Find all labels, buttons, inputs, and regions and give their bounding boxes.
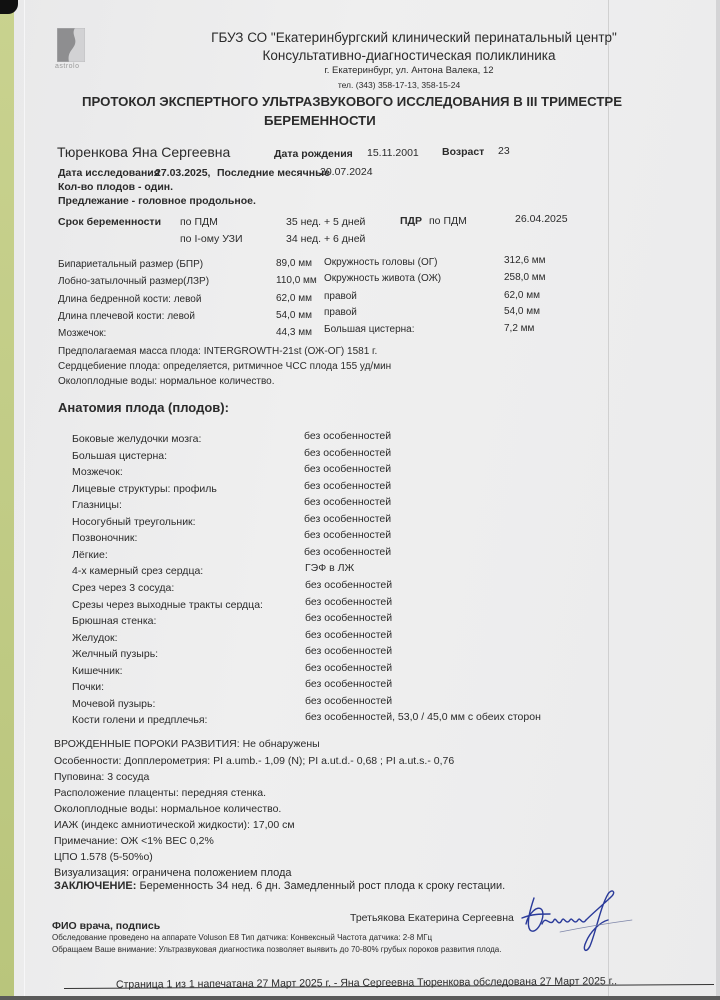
finding-line: Особенности: Допплерометрия: PI a.umb.- … xyxy=(54,755,454,767)
background-object xyxy=(0,996,720,1000)
biometry-label-2: Окружность головы (ОГ) xyxy=(324,257,437,268)
page-footer: Страница 1 из 1 напечатана 27 Март 2025 … xyxy=(116,975,617,990)
anatomy-item-value: без особенностей xyxy=(304,447,391,459)
finding-line: Расположение плаценты: передняя стенка. xyxy=(54,787,266,799)
lmp-value: 20.07.2024 xyxy=(320,166,373,178)
department-name: Консультативно-диагностическая поликлини… xyxy=(244,48,574,63)
biometry-value: 110,0 мм xyxy=(276,275,317,286)
edd-value: 26.04.2025 xyxy=(515,213,568,225)
doctor-signature xyxy=(520,884,640,964)
anatomy-item-label: Боковые желудочки мозга: xyxy=(72,433,201,445)
anatomy-item-value: без особенностей xyxy=(305,579,392,591)
anatomy-item-label: Лицевые структуры: профиль xyxy=(72,483,217,495)
gestation-lmp-value: 35 нед. + 5 дней xyxy=(286,216,365,228)
anatomy-item-value: без особенностей xyxy=(304,480,391,492)
biometry-value-2: 62,0 мм xyxy=(504,290,540,301)
anatomy-item-value: без особенностей xyxy=(304,496,391,508)
conclusion: ЗАКЛЮЧЕНИЕ: Беременность 34 нед. 6 дн. З… xyxy=(54,880,505,892)
clinic-logo-icon xyxy=(57,28,85,62)
patient-name: Тюренкова Яна Сергеевна xyxy=(57,144,230,160)
paper-fold xyxy=(608,0,609,1000)
finding-line: ЦПО 1.578 (5-50%о) xyxy=(54,851,153,863)
age-label: Возраст xyxy=(442,146,484,158)
anatomy-item-value: без особенностей xyxy=(305,596,392,608)
anatomy-item-value: без особенностей xyxy=(304,463,391,475)
anatomy-item-label: Желудок: xyxy=(72,632,118,644)
biometry-label: Мозжечок: xyxy=(58,328,106,339)
anatomy-item-value: без особенностей xyxy=(304,546,391,558)
anatomy-item-value: без особенностей xyxy=(305,662,392,674)
logo-caption: astrolo xyxy=(55,63,80,70)
anatomy-item-label: Срезы через выходные тракты сердца: xyxy=(72,599,263,611)
biometry-value: 44,3 мм xyxy=(276,327,312,338)
anatomy-item-label: Кишечник: xyxy=(72,665,123,677)
biometry-label-2: правой xyxy=(324,307,357,318)
biometry-value: 54,0 мм xyxy=(276,310,312,321)
biometry-label: Лобно-затылочный размер(ЛЗР) xyxy=(58,276,209,287)
anatomy-item-value: без особенностей xyxy=(305,629,392,641)
anatomy-item-label: Позвоночник: xyxy=(72,532,137,544)
biometry-label-2: правой xyxy=(324,291,357,302)
anatomy-item-label: Брюшная стенка: xyxy=(72,615,156,627)
anatomy-item-label: Большая цистерна: xyxy=(72,450,167,462)
doctor-label: ФИО врача, подпись xyxy=(52,920,160,932)
equipment-info: Обследование проведено на аппарате Volus… xyxy=(52,933,432,942)
institution-name: ГБУЗ СО "Екатеринбургский клинический пе… xyxy=(184,30,644,45)
anatomy-item-label: Почки: xyxy=(72,681,104,693)
dob-value: 15.11.2001 xyxy=(367,147,419,159)
anatomy-item-value: без особенностей xyxy=(305,678,392,690)
gestation-us-label: по I-ому УЗИ xyxy=(180,233,243,245)
biometry-label: Длина плечевой кости: левой xyxy=(58,311,195,322)
anatomy-item-value: без особенностей xyxy=(305,645,392,657)
biometry-label: Длина бедренной кости: левой xyxy=(58,294,201,305)
document-page: astrolo ГБУЗ СО "Екатеринбургский клинич… xyxy=(14,0,720,1000)
anatomy-item-value: без особенностей, 53,0 / 45,0 мм с обеих… xyxy=(305,711,541,723)
anatomy-heading: Анатомия плода (плодов): xyxy=(58,400,229,415)
document-title: ПРОТОКОЛ ЭКСПЕРТНОГО УЛЬТРАЗВУКОВОГО ИСС… xyxy=(82,94,622,109)
address: г. Екатеринбург, ул. Антона Валека, 12 xyxy=(284,65,534,76)
conclusion-text: Беременность 34 нед. 6 дн. Замедленный р… xyxy=(139,880,505,892)
estimated-weight: Предполагаемая масса плода: INTERGROWTH-… xyxy=(58,346,377,357)
anatomy-item-value: без особенностей xyxy=(305,695,392,707)
edd-label: ПДР xyxy=(400,215,422,227)
anatomy-item-value: без особенностей xyxy=(304,430,391,442)
anatomy-item-value: без особенностей xyxy=(305,612,392,624)
paper-edge xyxy=(716,0,720,1000)
gestation-lmp-label: по ПДМ xyxy=(180,216,218,228)
edd-by-label: по ПДМ xyxy=(429,215,467,227)
anatomy-item-label: Лёгкие: xyxy=(72,549,108,561)
amniotic-fluid: Околоплодные воды: нормальное количество… xyxy=(58,376,275,387)
biometry-value-2: 258,0 мм xyxy=(504,272,546,283)
anatomy-item-label: 4-х камерный срез сердца: xyxy=(72,565,203,577)
finding-line: Визуализация: ограничена положением плод… xyxy=(54,867,292,879)
exam-date-label: Дата исследования xyxy=(58,167,160,179)
gestation-label: Срок беременности xyxy=(58,216,161,228)
biometry-label-2: Окружность живота (ОЖ) xyxy=(324,273,441,284)
biometry-value-2: 54,0 мм xyxy=(504,306,540,317)
biometry-value-2: 7,2 мм xyxy=(504,323,534,334)
phone: тел. (343) 358-17-13, 358-15-24 xyxy=(284,80,514,90)
gestation-us-value: 34 нед. + 6 дней xyxy=(286,233,365,245)
finding-line: ИАЖ (индекс амниотической жидкости): 17,… xyxy=(54,819,295,831)
notice: Обращаем Ваше внимание: Ультразвуковая д… xyxy=(52,945,501,954)
paper-fold xyxy=(24,0,25,1000)
exam-date-value: 27.03.2025, xyxy=(155,167,210,179)
conclusion-label: ЗАКЛЮЧЕНИЕ: xyxy=(54,880,136,892)
anatomy-item-label: Желчный пузырь: xyxy=(72,648,158,660)
finding-line: Примечание: ОЖ <1% ВЕС 0,2% xyxy=(54,835,214,847)
presentation: Предлежание - головное продольное. xyxy=(58,195,256,207)
anatomy-item-label: Кости голени и предплечья: xyxy=(72,714,207,726)
finding-line: Околоплодные воды: нормальное количество… xyxy=(54,803,281,815)
heartbeat: Сердцебиение плода: определяется, ритмич… xyxy=(58,361,391,372)
anatomy-item-label: Глазницы: xyxy=(72,499,122,511)
dob-label: Дата рождения xyxy=(274,148,353,160)
biometry-label: Бипариетальный размер (БПР) xyxy=(58,259,203,270)
anatomy-item-value: без особенностей xyxy=(304,529,391,541)
biometry-value-2: 312,6 мм xyxy=(504,255,546,266)
fetus-count: Кол-во плодов - один. xyxy=(58,181,173,193)
biometry-value: 62,0 мм xyxy=(276,293,312,304)
lmp-label: Последние месячные xyxy=(217,167,330,179)
biometry-label-2: Большая цистерна: xyxy=(324,324,415,335)
finding-line: ВРОЖДЕННЫЕ ПОРОКИ РАЗВИТИЯ: Не обнаружен… xyxy=(54,738,320,750)
anatomy-item-label: Мочевой пузырь: xyxy=(72,698,155,710)
anatomy-item-value: ГЭФ в ЛЖ xyxy=(305,562,354,574)
anatomy-item-label: Мозжечок: xyxy=(72,466,123,478)
anatomy-item-value: без особенностей xyxy=(304,513,391,525)
doctor-name: Третьякова Екатерина Сергеевна xyxy=(350,912,514,924)
document-title-2: БЕРЕМЕННОСТИ xyxy=(264,113,376,128)
finding-line: Пуповина: 3 сосуда xyxy=(54,771,149,783)
age-value: 23 xyxy=(498,145,510,157)
biometry-value: 89,0 мм xyxy=(276,258,312,269)
anatomy-item-label: Срез через 3 сосуда: xyxy=(72,582,174,594)
anatomy-item-label: Носогубный треугольник: xyxy=(72,516,196,528)
